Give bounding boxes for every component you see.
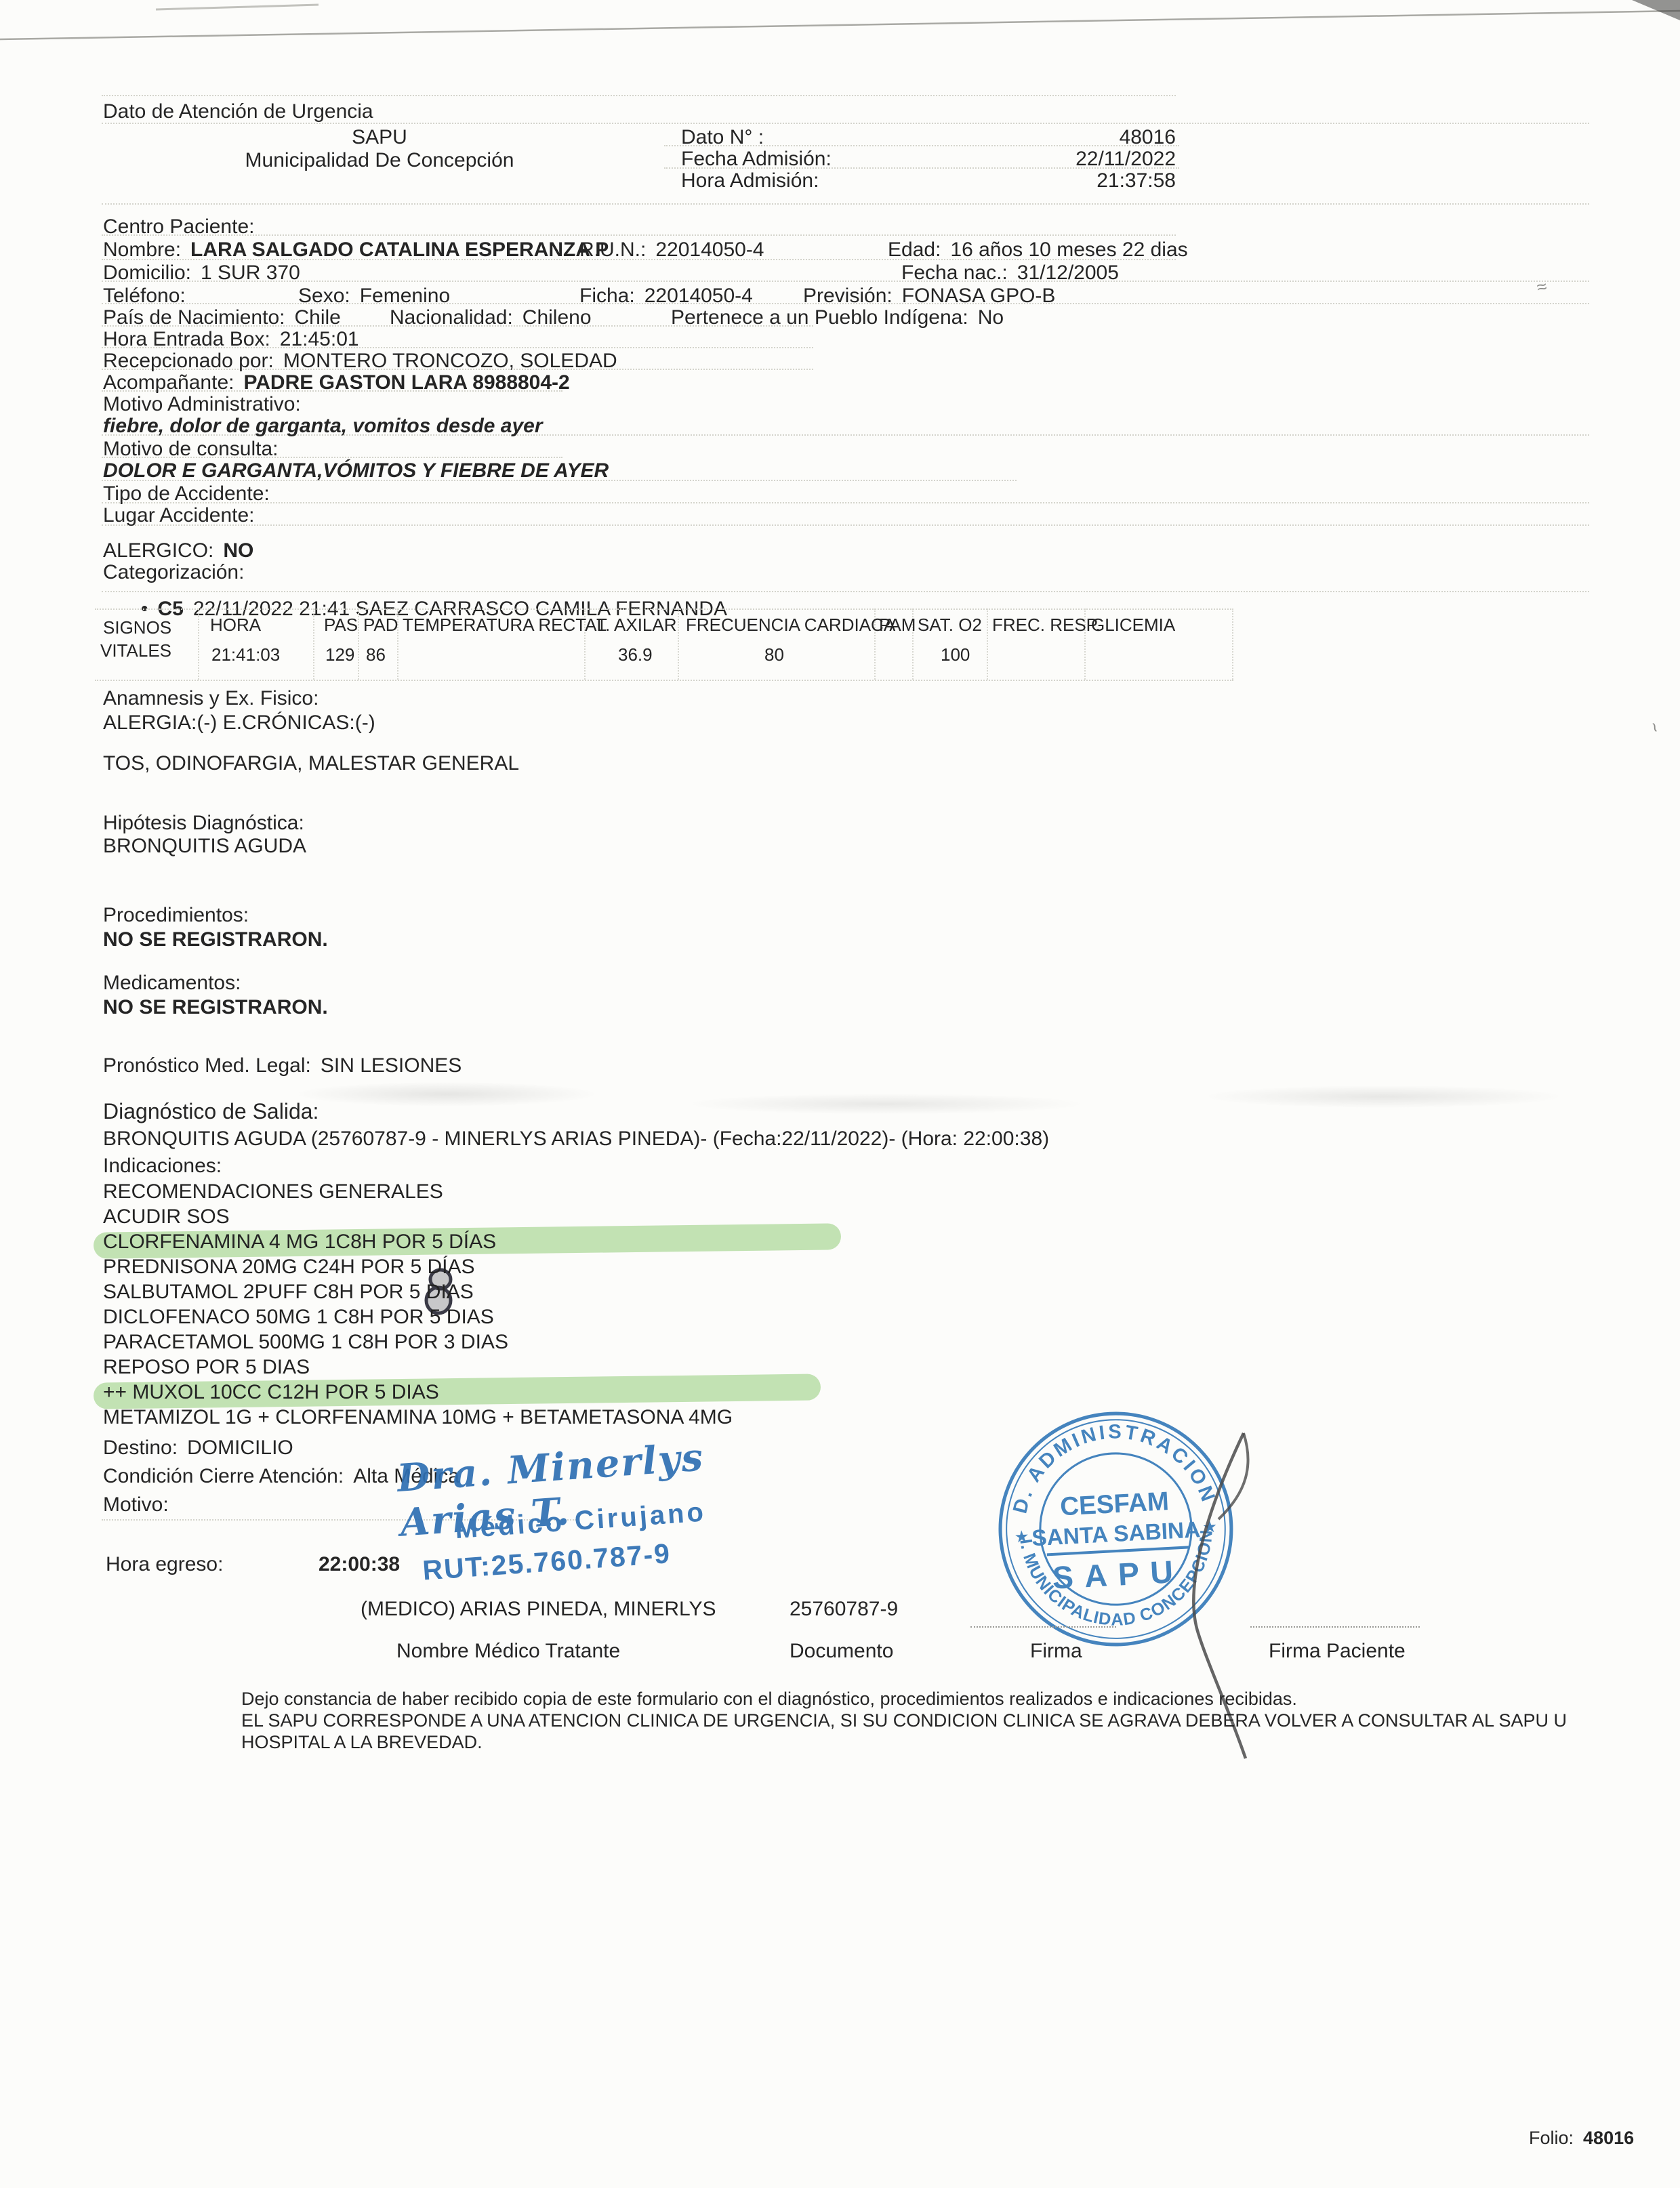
footer-line2: EL SAPU CORRESPONDE A UNA ATENCION CLINI… — [241, 1710, 1567, 1731]
alergico-label: ALERGICO: — [103, 539, 213, 562]
condicion-label: Condición Cierre Atención: — [103, 1465, 344, 1487]
vitals-grid-line — [1232, 608, 1233, 680]
indication-item-highlighted: CLORFENAMINA 4 MG 1C8H POR 5 DÍAS — [103, 1229, 733, 1254]
vitals-row-label: VITALES — [100, 641, 171, 661]
nacionalidad-field: Nacionalidad:Chileno — [390, 306, 592, 330]
indication-item: RECOMENDACIONES GENERALES — [103, 1179, 733, 1204]
ficha-value: 22014050-4 — [644, 285, 753, 307]
vitals-col-glicemia: GLICEMIA — [1091, 615, 1175, 636]
telefono-label: Teléfono: — [103, 285, 186, 308]
rule — [102, 281, 1589, 282]
rule — [102, 524, 1589, 526]
prevision-value: FONASA GPO-B — [902, 285, 1056, 307]
hora-box-value: 21:45:01 — [280, 328, 359, 350]
scan-smudge — [183, 1075, 1647, 1123]
pronostico-label: Pronóstico Med. Legal: — [103, 1054, 311, 1077]
fecha-admision-value: 22/11/2022 — [976, 148, 1176, 171]
scan-artifact-lines — [0, 0, 1680, 81]
vitals-value-sat-o2: 100 — [941, 645, 970, 665]
nombre-row: Nombre:LARA SALGADO CATALINA ESPERANZA P — [103, 239, 609, 262]
doctor-stamp-rut: RUT:25.760.787-9 — [422, 1537, 672, 1586]
indication-item: SALBUTAMOL 2PUFF C8H POR 5 DIAS — [103, 1279, 733, 1304]
indication-item: DICLOFENACO 50MG 1 C8H POR 5 DIAS — [103, 1304, 733, 1329]
vitals-col-pad: PAD — [363, 615, 398, 636]
motivo-adm-value: fiebre, dolor de garganta, vomitos desde… — [103, 415, 543, 438]
motivo-cierre-label: Motivo: — [103, 1493, 169, 1517]
centro-paciente-label: Centro Paciente: — [103, 215, 254, 239]
rule — [102, 591, 1589, 592]
vitals-col-pas: PAS — [324, 615, 358, 636]
fecha-admision-label: Fecha Admisión: — [681, 148, 832, 171]
rule — [102, 234, 1176, 236]
stamp-star-left-icon: ★ — [1014, 1527, 1029, 1546]
recepcionado-field: Recepcionado por:MONTERO TRONCOZO, SOLED… — [103, 350, 617, 373]
hora-entrada-box-field: Hora Entrada Box:21:45:01 — [103, 328, 359, 352]
run-value: 22014050-4 — [655, 239, 764, 261]
pais-label: País de Nacimiento: — [103, 306, 285, 329]
rule — [102, 203, 1589, 205]
pen-speck: ≈ — [1535, 276, 1549, 298]
anamnesis-line1: ALERGIA:(-) E.CRÓNICAS:(-) — [103, 711, 375, 735]
hora-box-label: Hora Entrada Box: — [103, 328, 270, 350]
destino-field: Destino:DOMICILIO — [103, 1437, 293, 1460]
form-section-title: Dato de Atención de Urgencia — [103, 100, 373, 124]
nacionalidad-value: Chileno — [523, 306, 592, 329]
vitals-col-pam: PAM — [879, 615, 916, 636]
fecha-nac-field: Fecha nac.:31/12/2005 — [901, 262, 1119, 285]
domicilio-field: Domicilio:1 SUR 370 — [103, 262, 300, 285]
vitals-col-sat-o2: SAT. O2 — [918, 615, 982, 636]
vitals-value-pad: 86 — [366, 645, 386, 665]
folio-value: 48016 — [1583, 2128, 1634, 2148]
folio-field: Folio:48016 — [1529, 2128, 1634, 2149]
nombre-value: LARA SALGADO CATALINA ESPERANZA P — [190, 239, 609, 261]
prevision-field: Previsión:FONASA GPO-B — [803, 285, 1055, 308]
fecha-nac-label: Fecha nac.: — [901, 262, 1008, 284]
destino-label: Destino: — [103, 1437, 178, 1459]
domicilio-value: 1 SUR 370 — [201, 262, 300, 284]
categorizacion-label: Categorización: — [103, 561, 244, 585]
pueblo-label: Pertenece a un Pueblo Indígena: — [671, 306, 968, 329]
vitals-col-frec-cardiaca: FRECUENCIA CARDIACA — [686, 615, 895, 636]
dato-number-label: Dato N° : — [681, 126, 764, 150]
anamnesis-line2: TOS, ODINOFARGIA, MALESTAR GENERAL — [103, 752, 519, 776]
pais-value: Chile — [294, 306, 340, 329]
pueblo-value: No — [978, 306, 1004, 329]
vitals-row-label: SIGNOS — [103, 618, 171, 638]
indication-item: METAMIZOL 1G + CLORFENAMINA 10MG + BETAM… — [103, 1405, 733, 1430]
vitals-grid-line — [358, 608, 359, 680]
medicamentos-label: Medicamentos: — [103, 972, 241, 995]
alergico-field: ALERGICO:NO — [103, 539, 253, 563]
medico-name: (MEDICO) ARIAS PINEDA, MINERLYS — [361, 1598, 716, 1622]
edad-field: Edad:16 años 10 meses 22 dias — [888, 239, 1188, 262]
pueblo-indigena-field: Pertenece a un Pueblo Indígena:No — [671, 306, 1004, 330]
vitals-col-frec-resp: FREC. RESP. — [992, 615, 1101, 636]
vitals-grid-line — [198, 608, 199, 680]
sexo-field: Sexo:Femenino — [298, 285, 450, 308]
medicamentos-value: NO SE REGISTRARON. — [103, 996, 328, 1020]
vitals-rule-bottom — [95, 680, 1233, 681]
firma-line — [970, 1626, 1116, 1628]
nombre-label: Nombre: — [103, 239, 181, 261]
rule — [102, 502, 1589, 503]
diagnostico-salida-value: BRONQUITIS AGUDA (25760787-9 - MINERLYS … — [103, 1128, 1049, 1151]
prevision-label: Previsión: — [803, 285, 893, 307]
edad-label: Edad: — [888, 239, 941, 261]
vitals-grid-line — [313, 608, 314, 680]
indication-item-highlighted: ++ MUXOL 10CC C12H POR 5 DIAS — [103, 1380, 733, 1405]
folio-label: Folio: — [1529, 2128, 1574, 2148]
vitals-col-t-axilar: T. AXILAR — [596, 615, 677, 636]
recepcionado-value: MONTERO TRONCOZO, SOLEDAD — [283, 350, 617, 372]
indicaciones-label: Indicaciones: — [103, 1155, 222, 1178]
hora-egreso-value: 22:00:38 — [319, 1553, 400, 1577]
hora-admision-label: Hora Admisión: — [681, 169, 819, 193]
nombre-medico-caption: Nombre Médico Tratante — [396, 1640, 620, 1664]
pronostico-field: Pronóstico Med. Legal:SIN LESIONES — [103, 1054, 462, 1078]
documento-caption: Documento — [790, 1640, 893, 1664]
vitals-grid-line — [678, 608, 679, 680]
motivo-consulta-label: Motivo de consulta: — [103, 438, 278, 461]
org-name: SAPU — [271, 126, 488, 150]
vitals-rule-top — [95, 608, 1233, 610]
firma-paciente-caption: Firma Paciente — [1269, 1640, 1406, 1664]
doctor-ink-stamp: Dra. Minerlys Arias T. Médico Cirujano R… — [390, 1427, 809, 1456]
hora-admision-value: 21:37:58 — [976, 169, 1176, 193]
hipotesis-label: Hipótesis Diagnóstica: — [103, 812, 304, 835]
procedimientos-label: Procedimientos: — [103, 904, 249, 928]
domicilio-label: Domicilio: — [103, 262, 191, 284]
medico-document: 25760787-9 — [790, 1598, 898, 1622]
run-label: R.U.N.: — [579, 239, 646, 261]
vitals-col-hora: HORA — [210, 615, 261, 636]
footer-line1: Dejo constancia de haber recibido copia … — [241, 1689, 1297, 1710]
indication-item: PREDNISONA 20MG C24H POR 5 DÍAS — [103, 1254, 733, 1279]
edad-value: 16 años 10 meses 22 dias — [950, 239, 1187, 261]
pais-field: País de Nacimiento:Chile — [103, 306, 341, 330]
vitals-col-temp-rectal: TEMPERATURA RECTAL — [403, 615, 607, 636]
sexo-value: Femenino — [360, 285, 450, 307]
rule — [102, 95, 1176, 96]
run-field: R.U.N.:22014050-4 — [579, 239, 764, 262]
motivo-adm-label: Motivo Administrativo: — [103, 393, 301, 417]
acompanante-value: PADRE GASTON LARA 8988804-2 — [243, 371, 569, 394]
vitals-grid-line — [987, 608, 988, 680]
hipotesis-value: BRONQUITIS AGUDA — [103, 835, 306, 859]
lugar-accidente-label: Lugar Accidente: — [103, 504, 255, 528]
hora-egreso-label: Hora egreso: — [106, 1553, 223, 1577]
acompanante-field: Acompañante:PADRE GASTON LARA 8988804-2 — [103, 371, 570, 395]
vitals-value-frec-cardiaca: 80 — [764, 645, 784, 665]
indication-item: PARACETAMOL 500MG 1 C8H POR 3 DIAS — [103, 1329, 733, 1355]
motivo-consulta-value: DOLOR E GARGANTA,VÓMITOS Y FIEBRE DE AYE… — [103, 459, 609, 483]
acompanante-label: Acompañante: — [103, 371, 234, 394]
firma-paciente-line — [1250, 1626, 1420, 1628]
pronostico-value: SIN LESIONES — [321, 1054, 462, 1077]
ficha-field: Ficha:22014050-4 — [579, 285, 753, 308]
alergico-value: NO — [223, 539, 253, 562]
tipo-accidente-label: Tipo de Accidente: — [103, 482, 270, 506]
nacionalidad-label: Nacionalidad: — [390, 306, 513, 329]
scanned-medical-form: ≈ ~ Dato de Atención de Urgencia SAPU Mu… — [0, 0, 1680, 2188]
vitals-value-hora: 21:41:03 — [211, 645, 280, 665]
dato-number-value: 48016 — [1017, 126, 1176, 150]
diagnostico-salida-label: Diagnóstico de Salida: — [103, 1099, 319, 1124]
footer-line3: HOSPITAL A LA BREVEDAD. — [241, 1732, 483, 1753]
firma-caption: Firma — [1030, 1640, 1082, 1664]
fecha-nac-value: 31/12/2005 — [1017, 262, 1119, 284]
destino-value: DOMICILIO — [187, 1437, 293, 1459]
procedimientos-value: NO SE REGISTRARON. — [103, 928, 328, 952]
ficha-label: Ficha: — [579, 285, 635, 307]
org-subtitle: Municipalidad De Concepción — [224, 149, 535, 173]
pen-speck: ~ — [1643, 719, 1666, 736]
recepcionado-label: Recepcionado por: — [103, 350, 274, 372]
vitals-value-pas: 129 — [325, 645, 354, 665]
sexo-label: Sexo: — [298, 285, 350, 307]
anamnesis-label: Anamnesis y Ex. Fisico: — [103, 687, 319, 711]
vitals-value-t-axilar: 36.9 — [618, 645, 653, 665]
